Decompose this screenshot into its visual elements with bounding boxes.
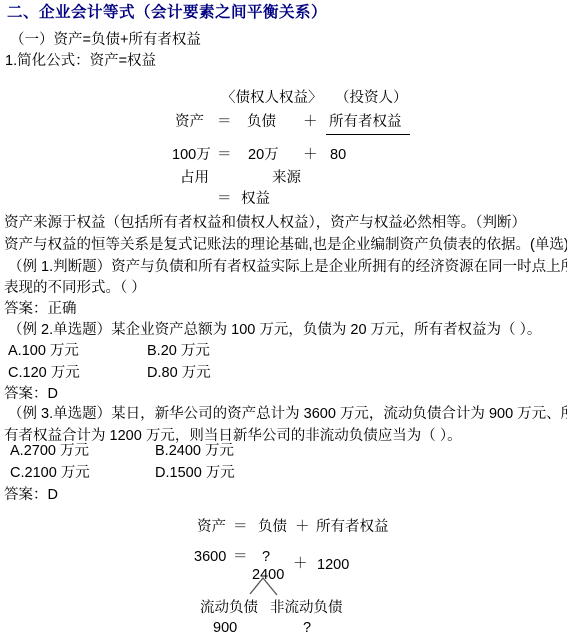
term-owner-equity: 所有者权益 (326, 113, 410, 135)
plus-sign: ＋ (295, 518, 310, 536)
equals-sign: ＝ (233, 518, 248, 536)
term-owner-equity: 所有者权益 (316, 518, 389, 536)
noncurrent-liability-label: 非流动负债 (270, 599, 343, 617)
example2-option-d: D.80 万元 (147, 364, 211, 382)
noncurrent-liability-value: ? (303, 619, 311, 635)
value-owner-equity: 80 (330, 146, 346, 164)
example3-option-b: B.2400 万元 (155, 442, 234, 460)
equals-sign: ＝ (217, 190, 232, 208)
plus-sign: ＋ (293, 555, 308, 573)
branch-lines (249, 577, 279, 596)
example2-options-row1: A.100 万元 B.20 万元 (8, 342, 79, 360)
example1-question-line2: 表现的不同形式。（ ） (4, 279, 146, 297)
term-liability: 负债 (258, 518, 287, 536)
note-line-1: 资产来源于权益（包括所有者权益和债权人权益），资产与权益必然相等。（判断） (4, 214, 526, 232)
example3-answer: 答案：D (4, 486, 58, 504)
example1-question-line1: （例 1.判断题）资产与负债和所有者权益实际上是企业所拥有的经济资源在同一时点上… (8, 258, 567, 276)
value-asset: 100万 (172, 146, 211, 164)
source-label: 来源 (272, 169, 301, 187)
investor-label: （投资人） (335, 89, 408, 107)
example2-options-row2: C.120 万元 D.80 万元 (8, 364, 80, 382)
creditor-equity-label: 〈债权人权益〉 (221, 89, 323, 107)
example2-question: （例 2.单选题）某企业资产总额为 100 万元，负债为 20 万元，所有者权益… (8, 321, 541, 339)
term-liability: 负债 (247, 113, 276, 131)
intro-simplified: 1.简化公式：资产=权益 (5, 52, 156, 70)
example2-option-c: C.120 万元 (8, 365, 80, 381)
value-liability: 20万 (248, 146, 279, 164)
intro-formula: （一）资产=负债+所有者权益 (10, 31, 201, 49)
example3-option-d: D.1500 万元 (155, 464, 235, 482)
occupy-label: 占用 (180, 169, 209, 187)
page-title: 二、企业会计等式（会计要素之间平衡关系） (7, 4, 327, 22)
current-liability-value: 900 (213, 619, 237, 635)
value-asset: 3600 (194, 548, 226, 566)
example2-option-a: A.100 万元 (8, 343, 79, 359)
plus-sign: ＋ (303, 113, 318, 131)
plus-sign: ＋ (303, 146, 318, 164)
equals-sign: ＝ (217, 113, 232, 131)
current-liability-label: 流动负债 (200, 599, 258, 617)
example3-options-row2: C.2100 万元 D.1500 万元 (10, 464, 90, 482)
equals-sign: ＝ (217, 146, 232, 164)
term-asset: 资产 (197, 518, 226, 536)
example3-option-a: A.2700 万元 (10, 443, 89, 459)
equity-label: 权益 (241, 190, 270, 208)
example3-question-line1: （例 3.单选题）某日，新华公司的资产总计为 3600 万元，流动负债合计为 9… (8, 405, 567, 423)
example2-answer: 答案：D (4, 385, 58, 403)
example3-option-c: C.2100 万元 (10, 465, 90, 481)
value-liability-unknown: ? (262, 548, 270, 566)
example2-option-b: B.20 万元 (147, 342, 210, 360)
example1-answer: 答案：正确 (4, 300, 77, 318)
term-asset: 资产 (175, 113, 204, 131)
note-line-2: 资产与权益的恒等关系是复式记账法的理论基础,也是企业编制资产负债表的依据。(单选… (4, 236, 567, 254)
example3-options-row1: A.2700 万元 B.2400 万元 (10, 442, 89, 460)
equals-sign: ＝ (233, 548, 248, 566)
value-owner-equity: 1200 (317, 556, 349, 574)
